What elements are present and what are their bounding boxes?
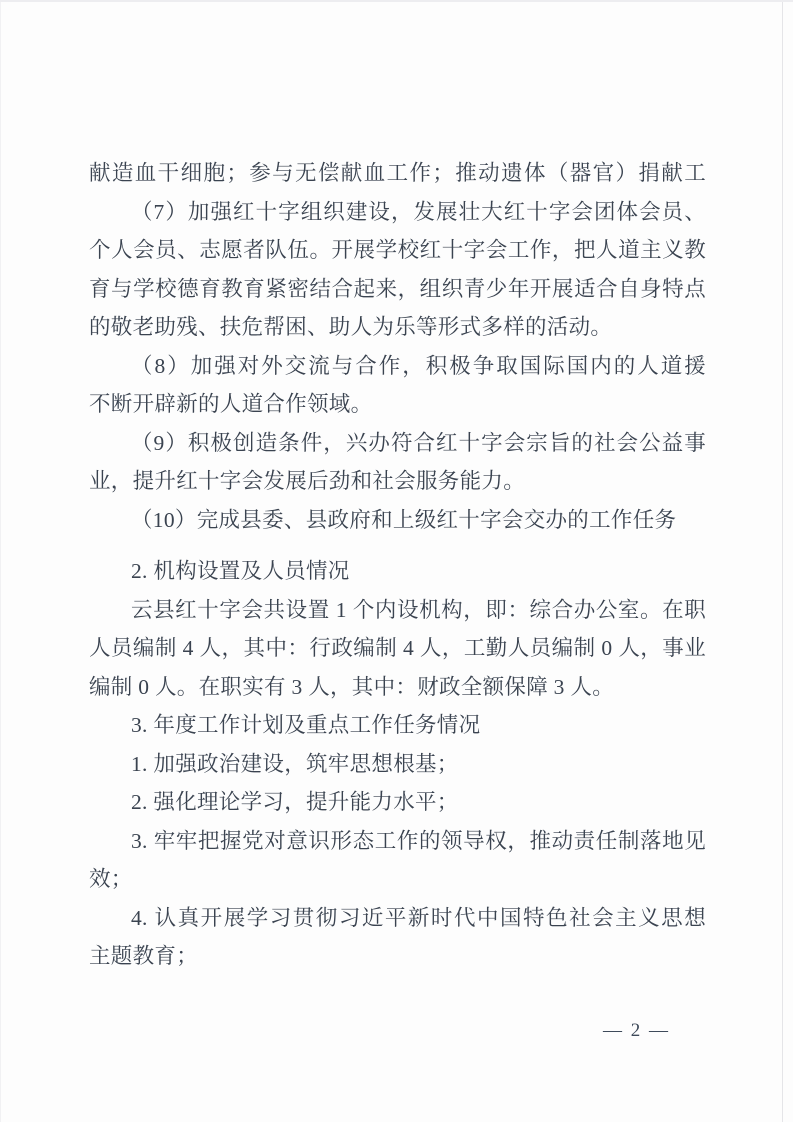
document-text-block: 献造血干细胞；参与无偿献血工作；推动遗体（器官）捐献工作。（7）加强红十字组织建… xyxy=(89,154,706,976)
document-line: 2. 机构设置及人员情况 xyxy=(89,552,706,591)
document-line: 业，提升红十字会发展后劲和社会服务能力。 xyxy=(89,462,706,501)
document-line: 1. 加强政治建设，筑牢思想根基； xyxy=(89,745,706,784)
document-line: 3. 年度工作计划及重点工作任务情况 xyxy=(89,706,706,745)
document-line: （9）积极创造条件，兴办符合红十字会宗旨的社会公益事 xyxy=(89,424,706,463)
document-line: （7）加强红十字组织建设，发展壮大红十字会团体会员、 xyxy=(89,193,706,232)
page-number: — 2 — xyxy=(603,1019,670,1043)
document-line: 4. 认真开展学习贯彻习近平新时代中国特色社会主义思想 xyxy=(89,899,706,938)
scan-edge-right xyxy=(782,2,783,1122)
document-line: （8）加强对外交流与合作，积极争取国际国内的人道援助， xyxy=(89,347,706,386)
document-line: 云县红十字会共设置 1 个内设机构，即：综合办公室。在职 xyxy=(89,591,706,630)
document-line: 2. 强化理论学习，提升能力水平； xyxy=(89,783,706,822)
document-line: 人员编制 4 人，其中：行政编制 4 人，工勤人员编制 0 人，事业 xyxy=(89,629,706,668)
document-line: 个人会员、志愿者队伍。开展学校红十字会工作，把人道主义教 xyxy=(89,231,706,270)
scan-edge-left xyxy=(0,2,1,1122)
document-line: 主题教育； xyxy=(89,937,706,976)
scanned-document-page: 献造血干细胞；参与无偿献血工作；推动遗体（器官）捐献工作。（7）加强红十字组织建… xyxy=(0,0,793,1122)
document-line: 的敬老助残、扶危帮困、助人为乐等形式多样的活动。 xyxy=(89,308,706,347)
document-line: 育与学校德育教育紧密结合起来，组织青少年开展适合自身特点 xyxy=(89,270,706,309)
document-line: 效； xyxy=(89,860,706,899)
document-line: 献造血干细胞；参与无偿献血工作；推动遗体（器官）捐献工作。 xyxy=(89,154,706,193)
document-line: 编制 0 人。在职实有 3 人，其中：财政全额保障 3 人。 xyxy=(89,668,706,707)
document-line: （10）完成县委、县政府和上级红十字会交办的工作任务 xyxy=(89,501,706,540)
document-line: 不断开辟新的人道合作领域。 xyxy=(89,385,706,424)
document-line: 3. 牢牢把握党对意识形态工作的领导权，推动责任制落地见 xyxy=(89,822,706,861)
